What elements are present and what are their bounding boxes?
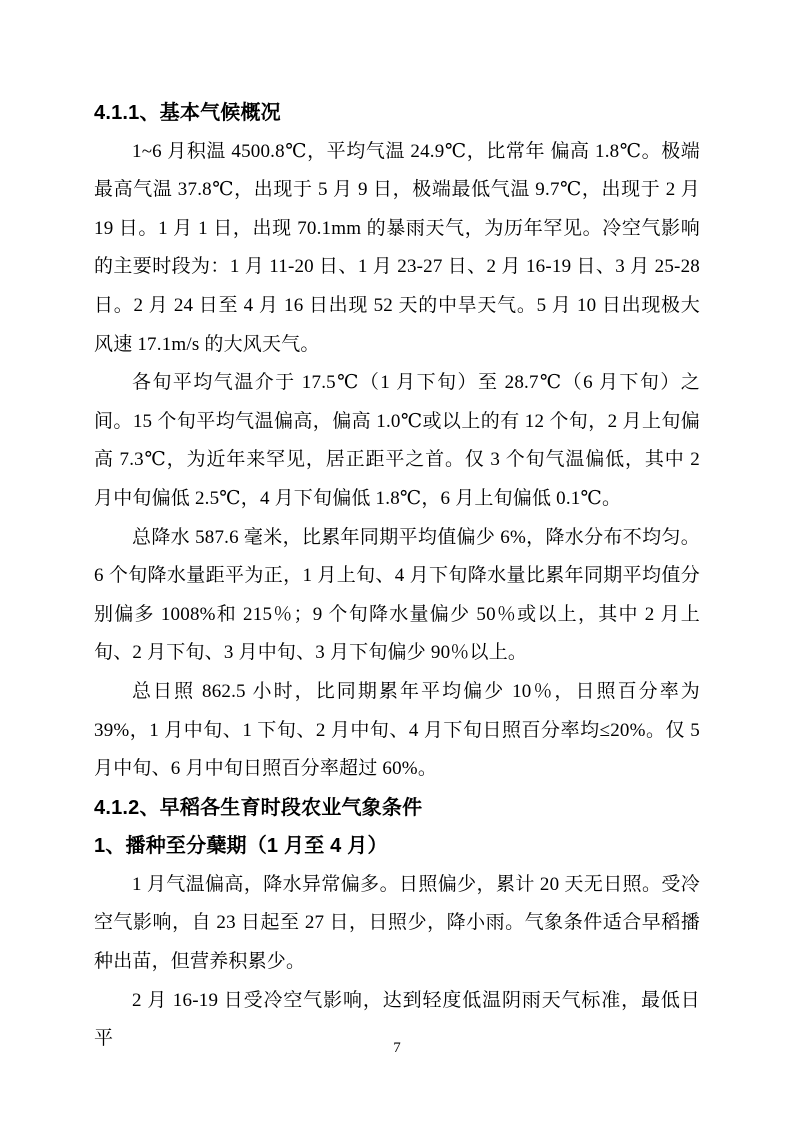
- heading-basic-climate-overview: 4.1.1、基本气候概况: [94, 94, 700, 133]
- para-total-precipitation: 总降水 587.6 毫米，比累年同期平均值偏少 6%，降水分布不均匀。6 个旬降…: [94, 519, 700, 673]
- para-accumulated-temperature-extremes: 1~6 月积温 4500.8℃，平均气温 24.9℃，比常年 偏高 1.8℃。极…: [94, 133, 700, 365]
- page-number: 7: [393, 1040, 401, 1056]
- para-total-sunshine: 总日照 862.5 小时，比同期累年平均偏少 10％，日照百分率为 39%，1 …: [94, 673, 700, 789]
- subheading-sowing-to-tillering: 1、播种至分蘖期（1 月至 4 月）: [94, 827, 700, 866]
- para-decadal-mean-temperature: 各旬平均气温介于 17.5℃（1 月下旬）至 28.7℃（6 月下旬）之间。15…: [94, 364, 700, 518]
- page-footer: 7: [0, 1038, 794, 1058]
- document-page: 4.1.1、基本气候概况 1~6 月积温 4500.8℃，平均气温 24.9℃，…: [0, 0, 794, 1123]
- heading-rice-growth-stage-conditions: 4.1.2、早稻各生育时段农业气象条件: [94, 789, 700, 828]
- para-january-conditions: 1 月气温偏高，降水异常偏多。日照偏少，累计 20 天无日照。受冷空气影响，自 …: [94, 866, 700, 982]
- document-content: 4.1.1、基本气候概况 1~6 月积温 4500.8℃，平均气温 24.9℃，…: [94, 94, 700, 1059]
